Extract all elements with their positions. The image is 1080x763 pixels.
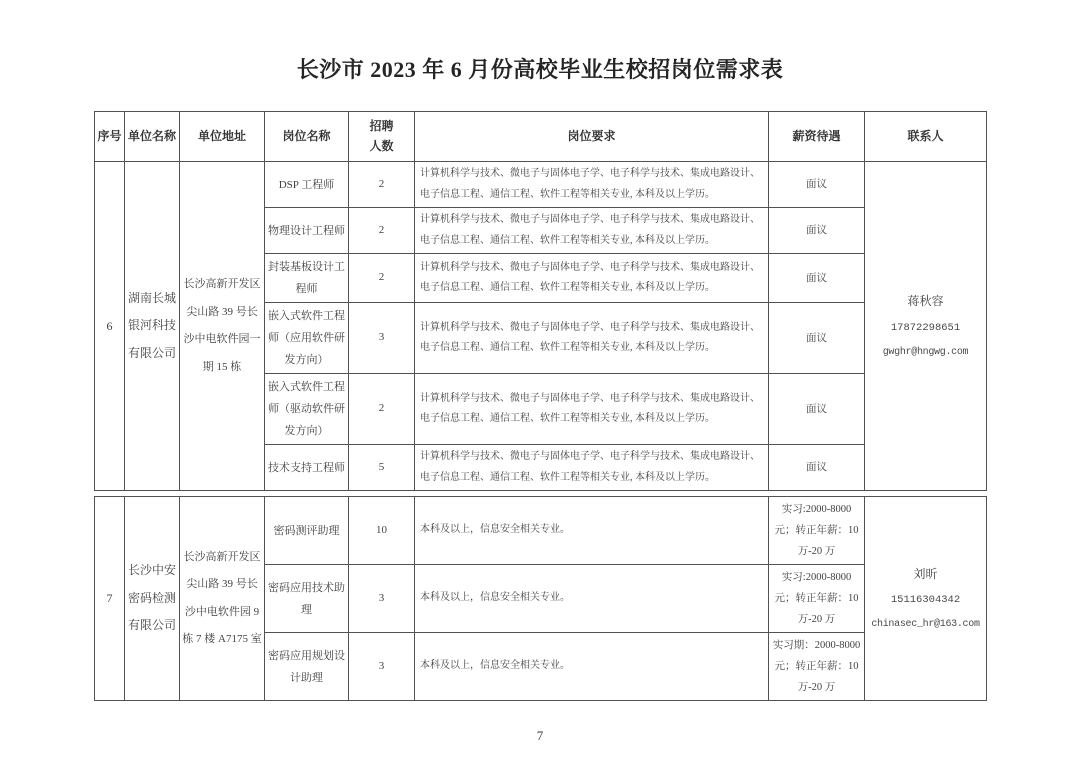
cell-requirements: 本科及以上，信息安全相关专业。 — [415, 497, 769, 565]
cell-contact: 刘昕 15116304342 chinasec_hr@163.com — [865, 497, 987, 701]
cell-salary: 实习:2000-8000 元；转正年薪：10 万-20 万 — [769, 565, 865, 633]
cell-requirements: 计算机科学与技术、微电子与固体电子学、电子科学与技术、集成电路设计、电子信息工程… — [415, 445, 769, 491]
page-title: 长沙市 2023 年 6 月份高校毕业生校招岗位需求表 — [0, 0, 1080, 84]
cell-headcount: 2 — [349, 162, 415, 208]
cell-requirements: 计算机科学与技术、微电子与固体电子学、电子科学与技术、集成电路设计、电子信息工程… — [415, 208, 769, 254]
table-row: 6 湖南长城银河科技有限公司 长沙高新开发区尖山路 39 号长沙中电软件园一期 … — [95, 162, 987, 208]
col-header-address: 单位地址 — [180, 112, 265, 162]
table-section-company-7: 7 长沙中安密码检测有限公司 长沙高新开发区尖山路 39 号长沙中电软件园 9 … — [94, 496, 987, 701]
cell-headcount: 2 — [349, 374, 415, 445]
cell-headcount: 5 — [349, 445, 415, 491]
cell-company-name: 长沙中安密码检测有限公司 — [125, 497, 180, 701]
cell-position-name: 嵌入式软件工程师（应用软件研发方向） — [265, 303, 349, 374]
cell-position-name: 封装基板设计工程师 — [265, 254, 349, 303]
cell-company-address: 长沙高新开发区尖山路 39 号长沙中电软件园一期 15 栋 — [180, 162, 265, 491]
cell-requirements: 计算机科学与技术、微电子与固体电子学、电子科学与技术、集成电路设计、电子信息工程… — [415, 303, 769, 374]
cell-salary: 面议 — [769, 208, 865, 254]
cell-position-name: 密码应用技术助理 — [265, 565, 349, 633]
document-page: 长沙市 2023 年 6 月份高校毕业生校招岗位需求表 序号 单位名称 单位地址… — [0, 0, 1080, 763]
col-header-contact: 联系人 — [865, 112, 987, 162]
table-row: 7 长沙中安密码检测有限公司 长沙高新开发区尖山路 39 号长沙中电软件园 9 … — [95, 497, 987, 565]
contact-email: gwghr@hngwg.com — [867, 341, 984, 365]
cell-company-address: 长沙高新开发区尖山路 39 号长沙中电软件园 9 栋 7 楼 A7175 室 — [180, 497, 265, 701]
cell-salary: 面议 — [769, 374, 865, 445]
cell-position-name: DSP 工程师 — [265, 162, 349, 208]
cell-headcount: 2 — [349, 254, 415, 303]
contact-phone: 15116304342 — [867, 588, 984, 613]
cell-salary: 实习:2000-8000 元；转正年薪：10 万-20 万 — [769, 497, 865, 565]
cell-salary: 面议 — [769, 445, 865, 491]
cell-headcount: 3 — [349, 633, 415, 701]
cell-position-name: 技术支持工程师 — [265, 445, 349, 491]
col-header-requirements: 岗位要求 — [415, 112, 769, 162]
col-header-company: 单位名称 — [125, 112, 180, 162]
cell-salary: 实习期：2000-8000 元；转正年薪：10 万-20 万 — [769, 633, 865, 701]
table-section-company-6: 序号 单位名称 单位地址 岗位名称 招聘 人数 岗位要求 薪资待遇 联系人 6 … — [94, 111, 987, 491]
cell-requirements: 计算机科学与技术、微电子与固体电子学、电子科学与技术、集成电路设计、电子信息工程… — [415, 162, 769, 208]
cell-salary: 面议 — [769, 303, 865, 374]
cell-headcount: 3 — [349, 565, 415, 633]
cell-position-name: 密码应用规划设计助理 — [265, 633, 349, 701]
recruitment-table: 序号 单位名称 单位地址 岗位名称 招聘 人数 岗位要求 薪资待遇 联系人 6 … — [94, 111, 986, 701]
contact-phone: 17872298651 — [867, 316, 984, 341]
cell-position-name: 嵌入式软件工程师（驱动软件研发方向） — [265, 374, 349, 445]
col-header-index: 序号 — [95, 112, 125, 162]
cell-headcount: 10 — [349, 497, 415, 565]
cell-requirements: 计算机科学与技术、微电子与固体电子学、电子科学与技术、集成电路设计、电子信息工程… — [415, 254, 769, 303]
table-header-row: 序号 单位名称 单位地址 岗位名称 招聘 人数 岗位要求 薪资待遇 联系人 — [95, 112, 987, 162]
contact-email: chinasec_hr@163.com — [867, 613, 984, 637]
cell-requirements: 本科及以上，信息安全相关专业。 — [415, 633, 769, 701]
col-header-position: 岗位名称 — [265, 112, 349, 162]
cell-salary: 面议 — [769, 254, 865, 303]
cell-company-index: 7 — [95, 497, 125, 701]
contact-name: 蒋秋容 — [867, 287, 984, 316]
cell-requirements: 本科及以上，信息安全相关专业。 — [415, 565, 769, 633]
cell-salary: 面议 — [769, 162, 865, 208]
cell-position-name: 物理设计工程师 — [265, 208, 349, 254]
page-number: 7 — [0, 728, 1080, 744]
cell-company-index: 6 — [95, 162, 125, 491]
col-header-salary: 薪资待遇 — [769, 112, 865, 162]
col-header-headcount: 招聘 人数 — [349, 112, 415, 162]
cell-company-name: 湖南长城银河科技有限公司 — [125, 162, 180, 491]
cell-contact: 蒋秋容 17872298651 gwghr@hngwg.com — [865, 162, 987, 491]
cell-headcount: 2 — [349, 208, 415, 254]
cell-requirements: 计算机科学与技术、微电子与固体电子学、电子科学与技术、集成电路设计、电子信息工程… — [415, 374, 769, 445]
cell-position-name: 密码测评助理 — [265, 497, 349, 565]
cell-headcount: 3 — [349, 303, 415, 374]
contact-name: 刘昕 — [867, 560, 984, 589]
